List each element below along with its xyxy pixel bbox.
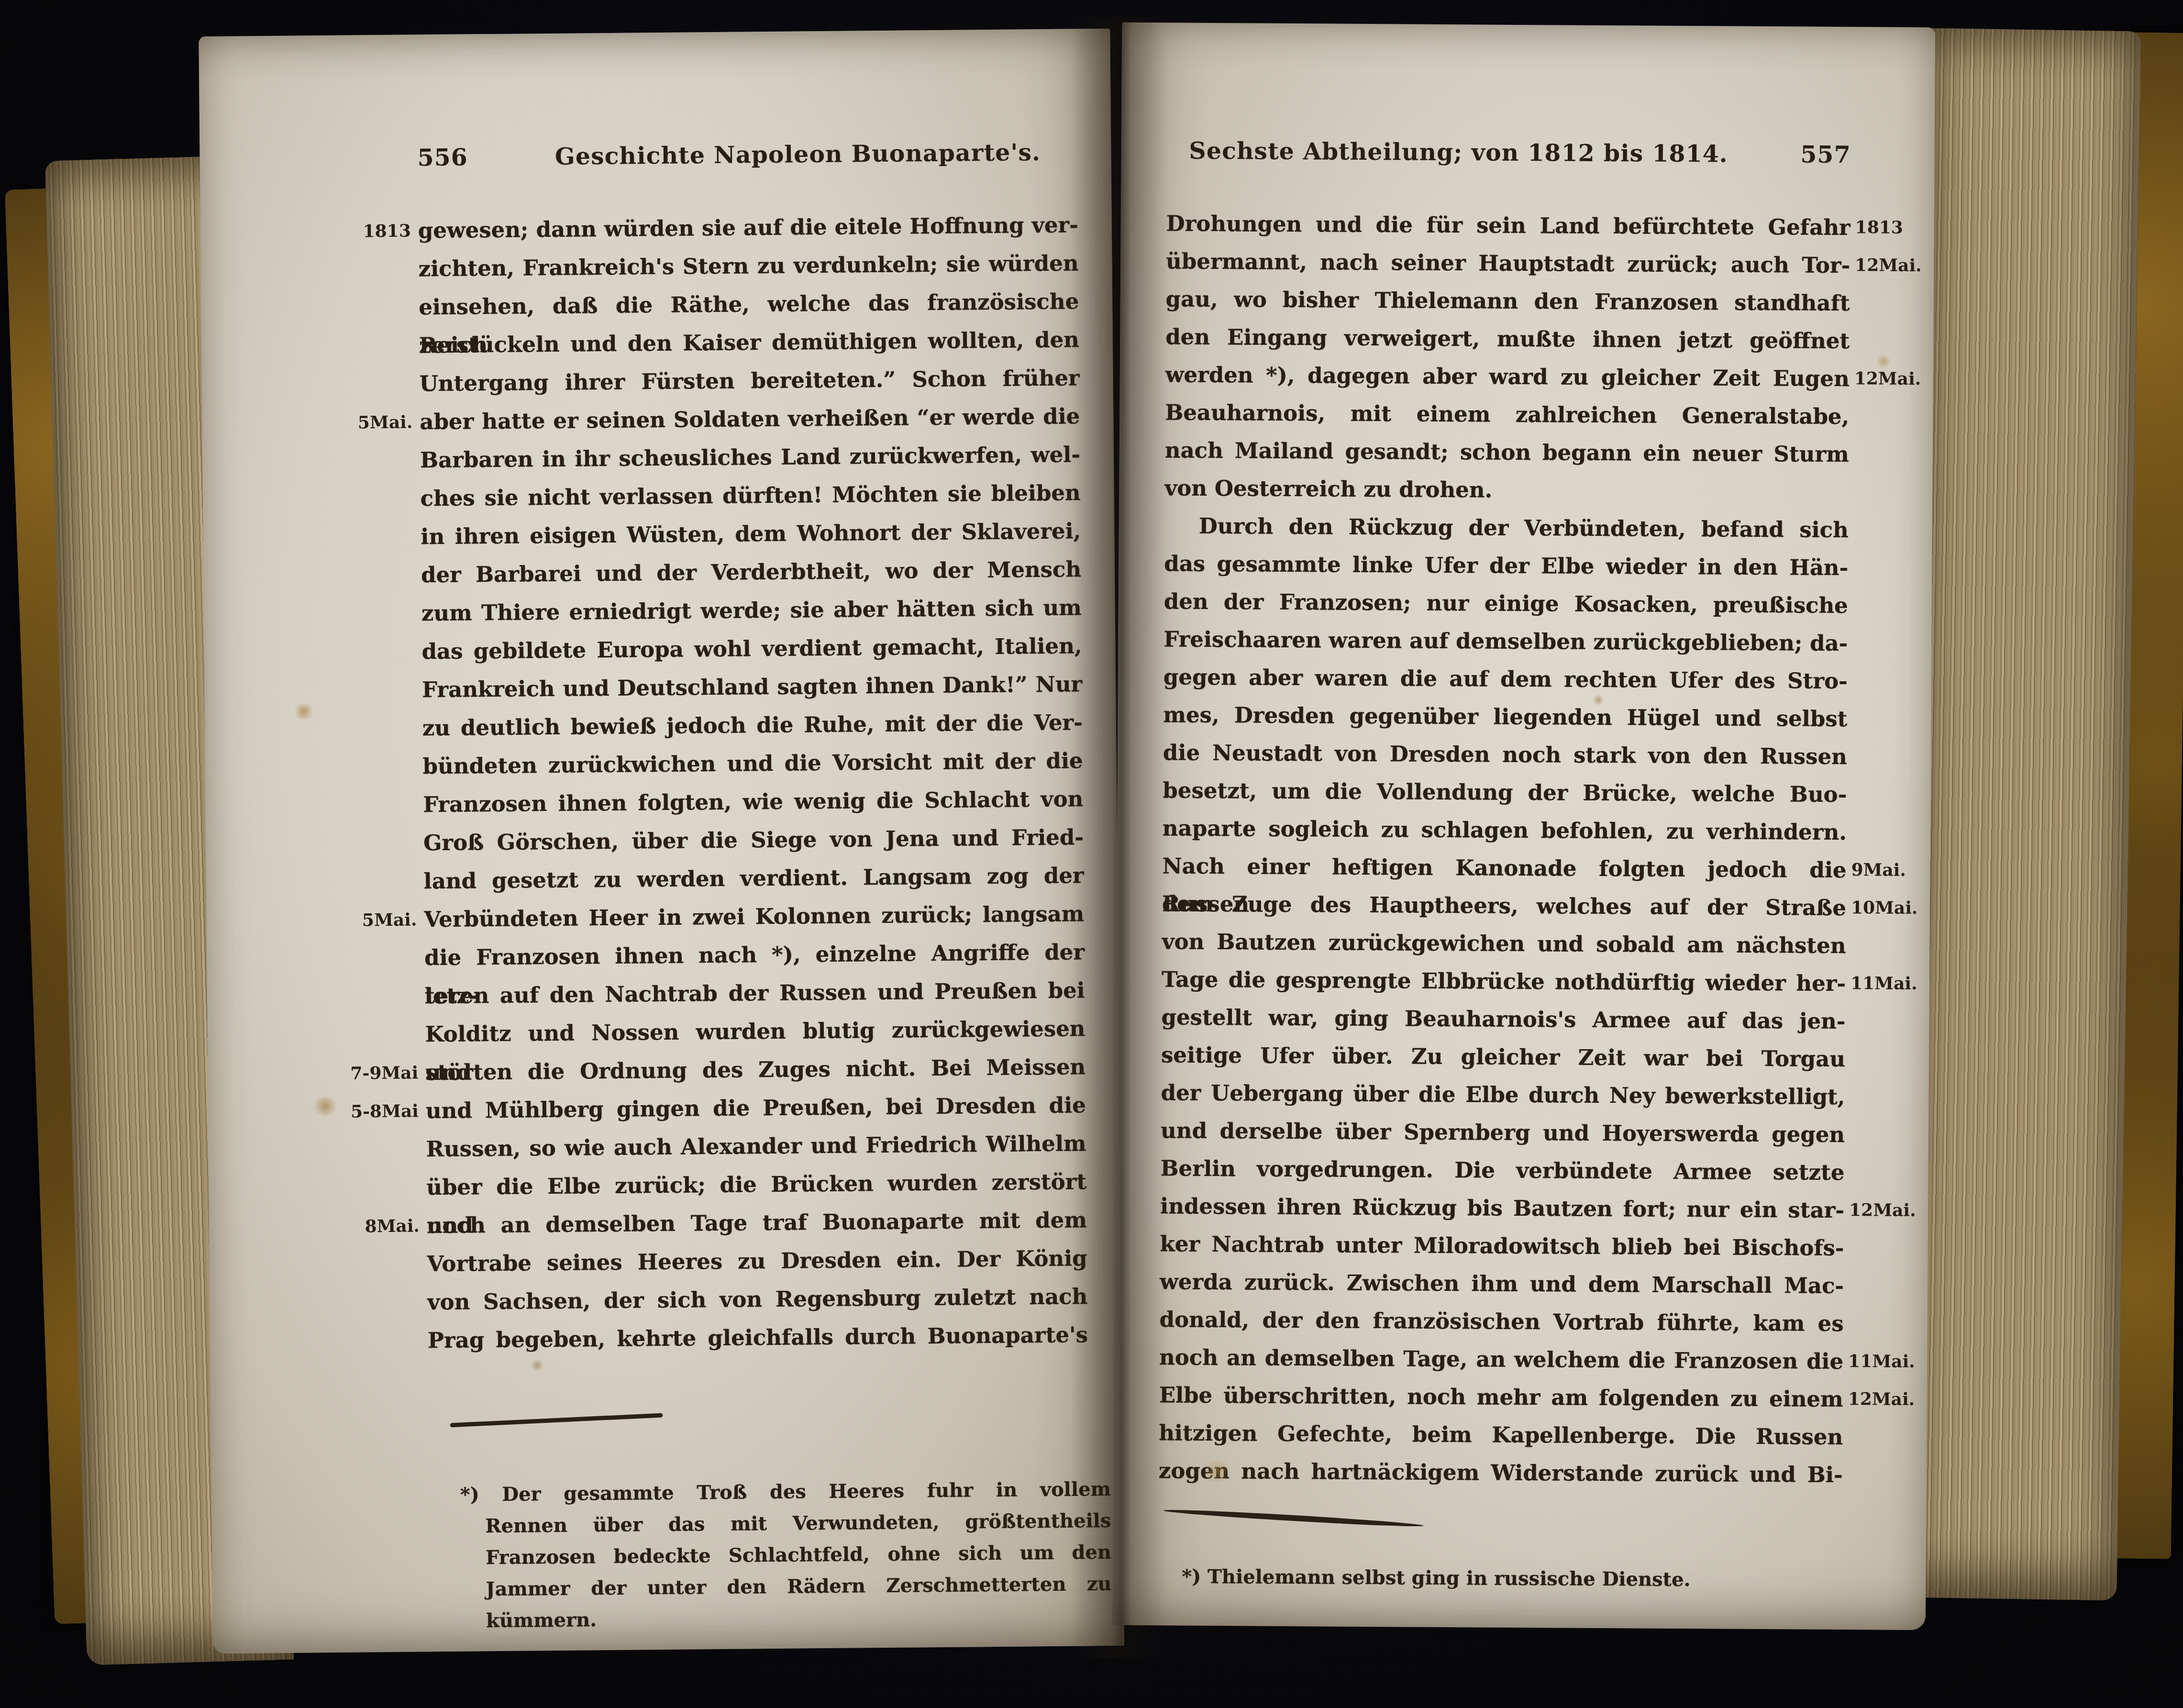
text-line: 11Mai.noch an demselben Tage, an welchem… [1159, 1338, 1843, 1380]
text-line: der Barbarei und der Verderbtheit, wo de… [421, 550, 1082, 594]
page-number: 557 [1750, 140, 1851, 168]
line-text: gau, wo bisher Thielemann den Franzosen … [1165, 280, 1850, 322]
text-line: Groß Görschen, über die Siege von Jena u… [423, 818, 1084, 862]
text-line: das gebildete Europa wohl verdient gemac… [421, 627, 1082, 671]
margin-date: 10Mai. [1851, 889, 1937, 927]
text-line: Russen, so wie auch Alexander und Friedr… [426, 1124, 1086, 1168]
line-text: Groß Görschen, über die Siege von Jena u… [423, 818, 1084, 862]
line-text: Berlin vorgedrungen. Die verbündete Arme… [1160, 1149, 1844, 1191]
text-line: 1813Drohungen und die für sein Land befü… [1166, 204, 1850, 246]
text-line: 12Mai.übermannt, nach seiner Hauptstadt … [1166, 242, 1850, 284]
right-page: Sechste Abtheilung; von 1812 bis 1814. 5… [1112, 22, 1935, 1630]
text-line: seitige Ufer über. Zu gleicher Zeit war … [1161, 1036, 1845, 1078]
line-text: die Neustadt von Dresden noch stark von … [1163, 733, 1847, 776]
text-line: naparte sogleich zu schlagen befohlen, z… [1163, 809, 1847, 851]
left-footnote: *) Der gesammte Troß des Heeres fuhr in … [460, 1474, 1112, 1637]
text-line: 12Mai.indessen ihren Rückzug bis Bautzen… [1160, 1187, 1844, 1229]
text-line: 10Mai.dem Zuge des Hauptheers, welches a… [1162, 885, 1846, 927]
line-text: zu deutlich bewieß jedoch die Ruhe, mit … [422, 703, 1083, 747]
line-text: Russen, so wie auch Alexander und Friedr… [426, 1124, 1086, 1168]
left-page-header: 556 Geschichte Napoleon Buonaparte's. [417, 138, 1077, 171]
margin-date: 1813 [332, 212, 411, 251]
text-line: 9Mai.Nach einer heftigen Kanonade folgte… [1162, 847, 1846, 889]
line-text: gestellt war, ging Beauharnois's Armee a… [1161, 998, 1845, 1040]
line-text: Durch den Rückzug der Verbündeten, befan… [1164, 507, 1849, 549]
footnote-line: Jammer der unter den Rädern Zerschmetter… [461, 1568, 1112, 1606]
text-line: 5Mai.Verbündeten Heer in zwei Kolonnen z… [424, 895, 1085, 939]
margin-date: 7-9Mai [339, 1054, 419, 1092]
line-text: Vortrabe seines Heeres zu Dresden ein. D… [427, 1239, 1087, 1283]
footnote-separator [1163, 1508, 1424, 1529]
text-line: den Eingang verweigert, mußte ihnen jetz… [1165, 318, 1850, 360]
text-line: von Bautzen zurückgewichen und sobald am… [1162, 922, 1846, 965]
margin-date: 8Mai. [341, 1207, 420, 1245]
line-text: werda zurück. Zwischen ihm und dem Marsc… [1160, 1263, 1844, 1305]
text-line: 8Mai.noch an demselben Tage traf Buonapa… [427, 1201, 1087, 1245]
text-line: Franzosen ihnen folgten, wie wenig die S… [423, 780, 1084, 824]
line-text: gewesen; dann würden sie auf die eitele … [418, 206, 1078, 250]
text-line: 12Mai.werden *), dagegen aber ward zu gl… [1165, 355, 1850, 398]
footnote-line: kümmern. [461, 1600, 1112, 1637]
margin-date: 11Mai. [1851, 965, 1937, 1003]
margin-date: 12Mai. [1855, 246, 1941, 285]
footnote-line: Rennen über das mit Verwundeten, größten… [460, 1505, 1111, 1542]
text-line: 5Mai.aber hatte er seinen Soldaten verhe… [420, 397, 1080, 441]
right-footnote: *) Thielemann selbst ging in russische D… [1182, 1561, 1851, 1597]
text-line: zogen nach hartnäckigem Widerstande zurü… [1159, 1452, 1843, 1494]
running-title: Geschichte Napoleon Buonaparte's. [518, 138, 1077, 170]
text-line: zu deutlich bewieß jedoch die Ruhe, mit … [422, 703, 1083, 747]
text-line: Freischaaren waren auf demselben zurückg… [1164, 620, 1848, 662]
text-line: von Oesterreich zu drohen. [1164, 469, 1849, 511]
line-text: Prag begeben, kehrte gleichfalls durch B… [428, 1316, 1088, 1360]
text-line: und derselbe über Spernberg und Hoyerswe… [1161, 1111, 1845, 1153]
text-line: werda zurück. Zwischen ihm und dem Marsc… [1160, 1263, 1844, 1305]
text-line: mes, Dresden gegenüber liegenden Hügel u… [1163, 696, 1847, 738]
line-text: und Mühlberg gingen die Preußen, bei Dre… [426, 1086, 1086, 1130]
line-text: und derselbe über Spernberg und Hoyerswe… [1161, 1111, 1845, 1153]
line-text: seitige Ufer über. Zu gleicher Zeit war … [1161, 1036, 1845, 1078]
line-text: indessen ihren Rückzug bis Bautzen fort;… [1160, 1187, 1844, 1229]
line-text: aber hatte er seinen Soldaten verheißen … [420, 397, 1080, 441]
margin-date: 5Mai. [333, 403, 413, 442]
line-text: Tage die gesprengte Elbbrücke nothdürfti… [1162, 960, 1846, 1002]
line-text: übermannt, nach seiner Hauptstadt zurück… [1166, 242, 1850, 284]
line-text: land gesetzt zu werden verdient. Langsam… [423, 856, 1084, 900]
line-text: das gesammte linke Ufer der Elbe wieder … [1164, 544, 1848, 587]
line-text: noch an demselben Tage, an welchem die F… [1159, 1338, 1843, 1380]
line-text: zogen nach hartnäckigem Widerstande zurü… [1159, 1452, 1843, 1494]
line-text: Untergang ihrer Fürsten bereiteten.” Sch… [419, 359, 1080, 403]
text-line: hitzigen Gefechte, beim Kapellenberge. D… [1159, 1414, 1843, 1456]
text-line: gau, wo bisher Thielemann den Franzosen … [1165, 280, 1850, 322]
line-text: ches sie nicht verlassen dürften! Möchte… [420, 474, 1081, 518]
text-line: Untergang ihrer Fürsten bereiteten.” Sch… [419, 359, 1080, 403]
footnote-separator [450, 1413, 663, 1427]
line-text: von Sachsen, der sich von Regensburg zul… [427, 1277, 1088, 1321]
line-text: Beauharnois, mit einem zahlreichen Gener… [1165, 393, 1849, 435]
text-line: Vortrabe seines Heeres zu Dresden ein. D… [427, 1239, 1087, 1283]
book-photo: 556 Geschichte Napoleon Buonaparte's. 18… [0, 0, 2183, 1708]
running-title: Sechste Abtheilung; von 1812 bis 1814. [1166, 136, 1750, 167]
margin-date: 11Mai. [1848, 1342, 1934, 1381]
line-text: dem Zuge des Hauptheers, welches auf der… [1162, 885, 1846, 927]
text-line: die Franzosen ihnen nach *), einzelne An… [424, 933, 1085, 977]
line-text: gegen aber waren die auf dem rechten Ufe… [1164, 658, 1848, 700]
text-line: zichten, Frankreich's Stern zu verdunkel… [418, 244, 1079, 288]
text-line: gegen aber waren die auf dem rechten Ufe… [1164, 658, 1848, 700]
text-line: 5-8Maiund Mühlberg gingen die Preußen, b… [426, 1086, 1086, 1130]
line-text: Elbe überschritten, noch mehr am folgend… [1159, 1376, 1843, 1418]
text-line: besetzt, um die Vollendung der Brücke, w… [1163, 771, 1847, 813]
text-line: in ihren eisigen Wüsten, dem Wohnort der… [421, 512, 1081, 556]
text-line: bündeten zurückwichen und die Vorsicht m… [422, 742, 1083, 786]
line-text: zerstückeln und den Kaiser demüthigen wo… [419, 321, 1080, 365]
line-text: bündeten zurückwichen und die Vorsicht m… [422, 742, 1083, 786]
line-text: von Bautzen zurückgewichen und sobald am… [1162, 922, 1846, 965]
margin-date: 5-8Mai [340, 1092, 419, 1131]
line-text: besetzt, um die Vollendung der Brücke, w… [1163, 771, 1847, 813]
text-line: zum Thiere erniedrigt werde; sie aber hä… [421, 588, 1082, 632]
text-line: nach Mailand gesandt; schon begann ein n… [1165, 431, 1849, 473]
text-line: einsehen, daß die Räthe, welche das fran… [419, 282, 1079, 326]
line-text: Freischaaren waren auf demselben zurückg… [1164, 620, 1848, 662]
margin-date: 12Mai. [1848, 1380, 1934, 1419]
margin-date: 9Mai. [1851, 851, 1937, 889]
left-page: 556 Geschichte Napoleon Buonaparte's. 18… [199, 29, 1124, 1653]
text-line: Prag begeben, kehrte gleichfalls durch B… [428, 1316, 1088, 1360]
line-text: noch an demselben Tage traf Buonaparte m… [427, 1201, 1087, 1245]
text-line: gestellt war, ging Beauharnois's Armee a… [1161, 998, 1845, 1040]
margin-date: 5Mai. [338, 900, 417, 939]
text-line: land gesetzt zu werden verdient. Langsam… [423, 856, 1084, 900]
line-text: zichten, Frankreich's Stern zu verdunkel… [418, 244, 1079, 288]
margin-date: 12Mai. [1849, 1191, 1935, 1230]
text-line: Barbaren in ihr scheusliches Land zurück… [420, 435, 1081, 479]
line-text: störten die Ordnung des Zuges nicht. Bei… [425, 1048, 1086, 1092]
margin-date: 1813 [1855, 209, 1941, 247]
line-text: werden *), dagegen aber ward zu gleicher… [1165, 355, 1850, 398]
text-line: teren auf den Nachtrab der Russen und Pr… [424, 971, 1085, 1015]
line-text: das gebildete Europa wohl verdient gemac… [421, 627, 1082, 671]
right-page-header: Sechste Abtheilung; von 1812 bis 1814. 5… [1166, 136, 1851, 168]
left-text-block: 1813gewesen; dann würden sie auf die eit… [418, 206, 1088, 1360]
footnote-line: *) Der gesammte Troß des Heeres fuhr in … [460, 1474, 1111, 1511]
footnote-line: *) Thielemann selbst ging in russische D… [1182, 1561, 1851, 1597]
text-line: ker Nachtrab unter Miloradowitsch blieb … [1160, 1225, 1844, 1267]
line-text: Frankreich und Deutschland sagten ihnen … [422, 665, 1083, 709]
line-text: hitzigen Gefechte, beim Kapellenberge. D… [1159, 1414, 1843, 1456]
text-line: 7-9Maistörten die Ordnung des Zuges nich… [425, 1048, 1086, 1092]
text-line: Beauharnois, mit einem zahlreichen Gener… [1165, 393, 1849, 435]
text-line: über die Elbe zurück; die Brücken wurden… [426, 1163, 1087, 1207]
text-line: Berlin vorgedrungen. Die verbündete Arme… [1160, 1149, 1844, 1191]
margin-date: 12Mai. [1854, 360, 1940, 398]
text-line: zerstückeln und den Kaiser demüthigen wo… [419, 321, 1080, 365]
line-text: Barbaren in ihr scheusliches Land zurück… [420, 435, 1081, 479]
line-text: donald, der den französischen Vortrab fü… [1159, 1300, 1843, 1342]
line-text: mes, Dresden gegenüber liegenden Hügel u… [1163, 696, 1847, 738]
text-line: Frankreich und Deutschland sagten ihnen … [422, 665, 1083, 709]
text-line: donald, der den französischen Vortrab fü… [1159, 1300, 1843, 1342]
line-text: nach Mailand gesandt; schon begann ein n… [1165, 431, 1849, 473]
text-line: das gesammte linke Ufer der Elbe wieder … [1164, 544, 1848, 587]
footnote-line: Franzosen bedeckte Schlachtfeld, ohne si… [461, 1537, 1112, 1574]
text-line: die Neustadt von Dresden noch stark von … [1163, 733, 1847, 776]
line-text: zum Thiere erniedrigt werde; sie aber hä… [421, 588, 1082, 632]
line-text: von Oesterreich zu drohen. [1164, 469, 1849, 511]
line-text: den der Franzosen; nur einige Kosacken, … [1164, 582, 1848, 624]
text-line: 1813gewesen; dann würden sie auf die eit… [418, 206, 1078, 250]
text-line: ches sie nicht verlassen dürften! Möchte… [420, 474, 1081, 518]
line-text: ker Nachtrab unter Miloradowitsch blieb … [1160, 1225, 1844, 1267]
text-line: den der Franzosen; nur einige Kosacken, … [1164, 582, 1848, 624]
text-line: 11Mai.Tage die gesprengte Elbbrücke noth… [1162, 960, 1846, 1002]
line-text: Drohungen und die für sein Land befürcht… [1166, 204, 1850, 246]
line-text: der Uebergang über die Elbe durch Ney be… [1161, 1074, 1845, 1116]
line-text: in ihren eisigen Wüsten, dem Wohnort der… [421, 512, 1081, 556]
text-line: Kolditz und Nossen wurden blutig zurückg… [425, 1009, 1086, 1054]
text-line: Durch den Rückzug der Verbündeten, befan… [1164, 507, 1849, 549]
text-line: der Uebergang über die Elbe durch Ney be… [1161, 1074, 1845, 1116]
line-text: der Barbarei und der Verderbtheit, wo de… [421, 550, 1082, 594]
line-text: teren auf den Nachtrab der Russen und Pr… [424, 971, 1085, 1015]
text-line: 12Mai.Elbe überschritten, noch mehr am f… [1159, 1376, 1843, 1418]
line-text: Verbündeten Heer in zwei Kolonnen zurück… [424, 895, 1085, 939]
text-line: von Sachsen, der sich von Regensburg zul… [427, 1277, 1088, 1321]
right-text-block: 1813Drohungen und die für sein Land befü… [1159, 204, 1851, 1494]
line-text: den Eingang verweigert, mußte ihnen jetz… [1165, 318, 1850, 360]
page-number: 556 [417, 143, 518, 172]
line-text: Franzosen ihnen folgten, wie wenig die S… [423, 780, 1084, 824]
line-text: naparte sogleich zu schlagen befohlen, z… [1163, 809, 1847, 851]
